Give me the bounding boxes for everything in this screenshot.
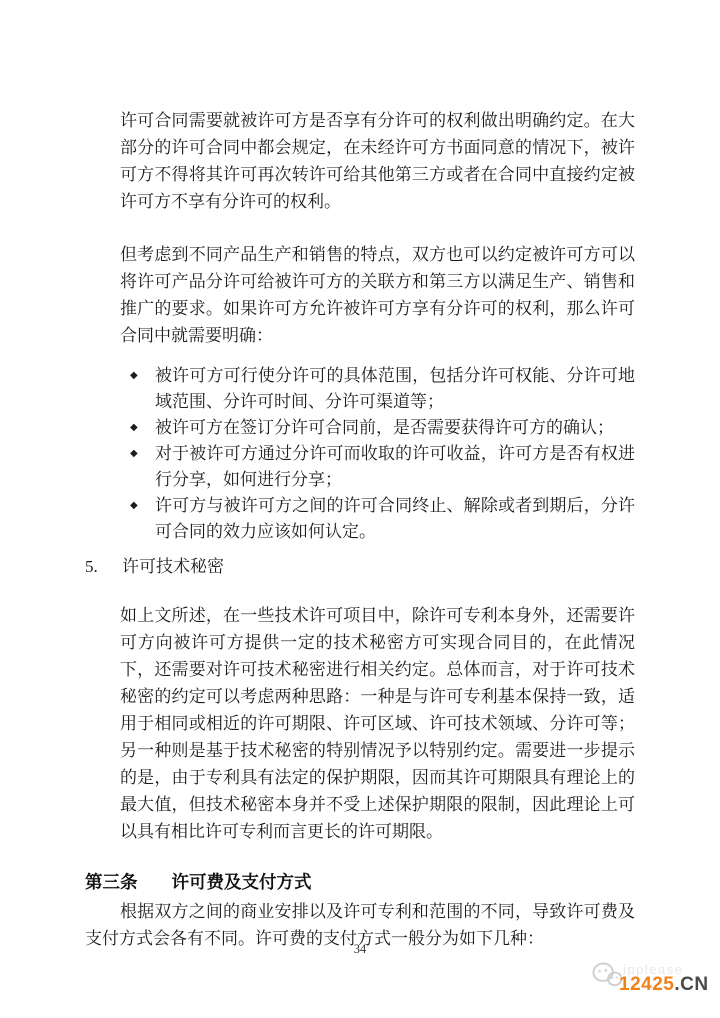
page-number: 34 (0, 942, 720, 957)
list-item: ◆ 被许可方在签订分许可合同前，是否需要获得许可方的确认； (130, 415, 635, 441)
paragraph-technical-secret: 如上文所述，在一些技术许可项目中，除许可专利本身外，还需要许可方向被许可方提供一… (120, 602, 635, 845)
document-page: 许可合同需要就被许可方是否享有分许可的权利做出明确约定。在大部分的许可合同中都会… (0, 0, 720, 1018)
bullet-list: ◆ 被许可方可行使分许可的具体范围，包括分许可权能、分许可地域范围、分许可时间、… (130, 363, 635, 545)
watermark-brand-suffix: .CN (674, 974, 708, 995)
list-item-text: 许可方与被许可方之间的许可合同终止、解除或者到期后，分许可合同的效力应该如何认定… (155, 493, 635, 545)
diamond-bullet-icon: ◆ (130, 441, 155, 493)
diamond-bullet-icon: ◆ (130, 415, 155, 441)
section-title: 许可技术秘密 (122, 553, 224, 580)
list-item-text: 被许可方可行使分许可的具体范围，包括分许可权能、分许可地域范围、分许可时间、分许… (155, 363, 635, 415)
article-number: 第三条 (85, 869, 138, 896)
diamond-bullet-icon: ◆ (130, 363, 155, 415)
paragraph-sublicense-rule: 许可合同需要就被许可方是否享有分许可的权利做出明确约定。在大部分的许可合同中都会… (120, 107, 635, 215)
section-number: 5. (85, 553, 122, 580)
diamond-bullet-icon: ◆ (130, 493, 155, 545)
list-item-text: 对于被许可方通过分许可而收取的许可收益，许可方是否有权进行分享，如何进行分享； (155, 441, 635, 493)
paragraph-sublicense-exception: 但考虑到不同产品生产和销售的特点，双方也可以约定被许可方可以将许可产品分许可给被… (120, 241, 635, 349)
list-item: ◆ 许可方与被许可方之间的许可合同终止、解除或者到期后，分许可合同的效力应该如何… (130, 493, 635, 545)
document-content: 许可合同需要就被许可方是否享有分许可的权利做出明确约定。在大部分的许可合同中都会… (85, 107, 635, 952)
watermark-brand: 12425.CN (619, 974, 709, 996)
list-item: ◆ 对于被许可方通过分许可而收取的许可收益，许可方是否有权进行分享，如何进行分享… (130, 441, 635, 493)
list-item: ◆ 被许可方可行使分许可的具体范围，包括分许可权能、分许可地域范围、分许可时间、… (130, 363, 635, 415)
article-heading-3: 第三条 许可费及支付方式 (85, 869, 635, 896)
watermark: ipplease 12425.CN (592, 959, 720, 1005)
list-item-text: 被许可方在签订分许可合同前，是否需要获得许可方的确认； (155, 415, 635, 441)
section-heading-5: 5. 许可技术秘密 (85, 553, 635, 580)
article-title: 许可费及支付方式 (172, 869, 312, 896)
watermark-brand-number: 12425 (619, 974, 674, 995)
